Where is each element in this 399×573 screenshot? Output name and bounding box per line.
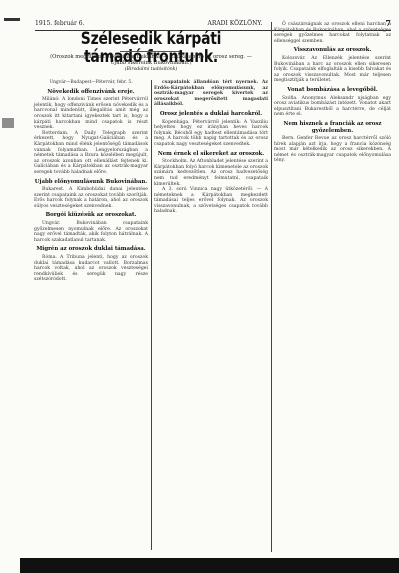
section-title: Ujabb előnyomulásunk Bukovinában. [34, 179, 148, 186]
issue-date: 1915. február 6. [35, 20, 85, 27]
article-paragraph: Szófia. Anonymus Aleksandr ujságban egy … [274, 96, 391, 118]
subhead-source: (Birodalmi tudósítónk) [34, 67, 268, 73]
scan-bottom-edge [20, 558, 399, 573]
scan-margin-mark [4, 18, 20, 21]
section-title: Orosz jelentés a duklai harcokról. [154, 111, 268, 118]
column-2: csapataink állandóan tért nyernek. Az Er… [154, 80, 268, 215]
column-3: Ő császárságnak az oroszok elleni harcba… [274, 22, 391, 164]
article-paragraph: Milánó: A londoni Times szerint Pétervár… [34, 97, 148, 131]
article-paragraph: Stockholm. Az Aftonbladet jelentése szer… [154, 159, 268, 187]
article-paragraph: Kopenhága. Pétervárról jelentik: A Vaszi… [154, 120, 268, 148]
article-paragraph: Rotterdam. A Daily Telegraph szerint érk… [34, 131, 148, 176]
article-paragraph: A 3. sorú Vinnica nagy ütközetéről. — A … [154, 187, 268, 215]
article-paragraph: Róma. A Tribuna jelenti, hogy az oroszok… [34, 255, 148, 283]
section-title: Migrén az oroszok duklai támadása. [34, 246, 148, 253]
scan-margin-mark [2, 118, 14, 128]
article-paragraph: Ungvár. Bukovinában csapataink győzelmes… [34, 221, 148, 243]
section-title: Borgói kiüzésük az oroszokat. [34, 212, 148, 219]
section-title: Növekedik offenzivánk ereje. [34, 89, 148, 96]
article-paragraph: Bukarest. A Kimbohüdai danai jelentése s… [34, 187, 148, 209]
section-title: Visszavonulás az oroszok. [274, 47, 391, 54]
section-title: Nem érnek el sikereket az oroszok. [154, 151, 268, 158]
headline-rule [120, 51, 180, 52]
lead-paragraph: Ő császárságnak az oroszok elleni harcba… [274, 22, 391, 44]
lead-paragraph: csapataink állandóan tért nyernek. Az Er… [154, 80, 268, 108]
headline-subhead: (Oroszok meghiusult offenzivája Duklánál… [34, 54, 268, 73]
column-divider [271, 22, 272, 552]
article-paragraph: Bern. Genfer Revue az orosz harctérről s… [274, 136, 391, 164]
newspaper-page: 1915. február 6. ARADI KÖZLÖNY. 7 Széles… [0, 0, 399, 573]
section-title: Nem hisznek a franciák az orosz győzelem… [274, 121, 391, 134]
column-divider [151, 80, 152, 550]
section-title: Vonat bombázása a levegőből. [274, 87, 391, 94]
paper-name: ARADI KÖZLÖNY. [208, 20, 263, 27]
article-paragraph: Kolozsvár. Az Ellenzék jelentése szerint… [274, 56, 391, 84]
column-1: Ungvár—Budapest—Pétervár, febr. 5. Növek… [34, 80, 148, 283]
dateline: Ungvár—Budapest—Pétervár, febr. 5. [34, 80, 148, 86]
